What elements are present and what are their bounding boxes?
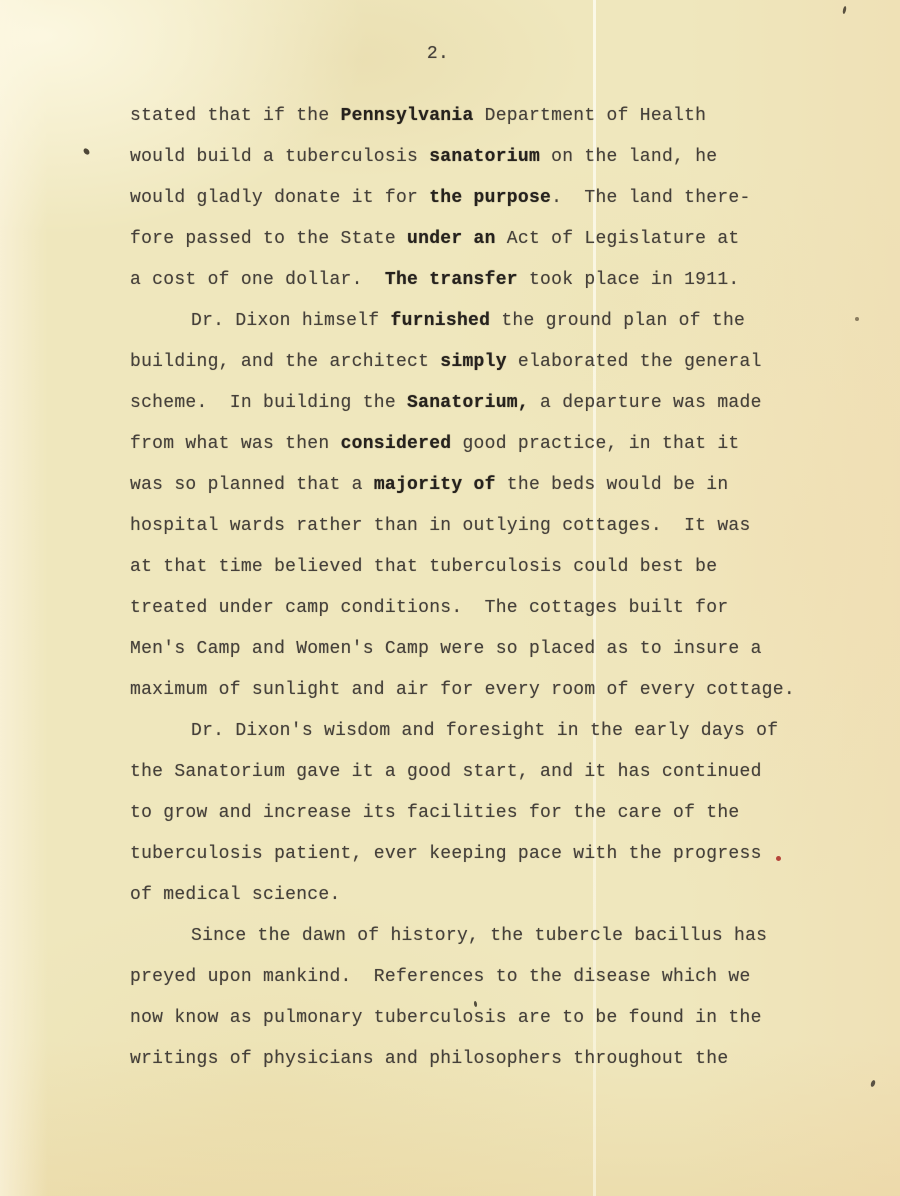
typewritten-text: treated under camp conditions. The cotta… (130, 598, 728, 618)
typewritten-text: good practice, in that it (451, 434, 739, 454)
text-line: was so planned that a majority of the be… (130, 465, 850, 506)
typewritten-text: would build a tuberculosis (130, 147, 429, 167)
text-line: scheme. In building the Sanatorium, a de… (130, 383, 850, 424)
text-line: preyed upon mankind. References to the d… (130, 957, 850, 998)
paragraph: Since the dawn of history, the tubercle … (130, 916, 850, 1080)
overstruck-text: furnished (390, 311, 490, 331)
text-line: a cost of one dollar. The transfer took … (130, 260, 850, 301)
text-line: Dr. Dixon himself furnished the ground p… (130, 301, 850, 342)
overstruck-text: sanatorium (429, 147, 540, 167)
typewritten-text: at that time believed that tuberculosis … (130, 557, 717, 577)
page-number: 2. (0, 44, 876, 64)
overstruck-text: The transfer (385, 270, 518, 290)
text-line: of medical science. (130, 875, 850, 916)
typewritten-text: elaborated the general (507, 352, 762, 372)
overstruck-text: considered (341, 434, 452, 454)
typewritten-text: on the land, he (540, 147, 717, 167)
text-line: hospital wards rather than in outlying c… (130, 506, 850, 547)
ink-speck (842, 6, 847, 14)
ink-speck (855, 317, 859, 321)
typewritten-text: Dr. Dixon's wisdom and foresight in the … (191, 721, 778, 741)
typewritten-text: the Sanatorium gave it a good start, and… (130, 762, 762, 782)
typewritten-text: Dr. Dixon himself (191, 311, 390, 331)
text-line: now know as pulmonary tuberculosis are t… (130, 998, 850, 1039)
text-line: maximum of sunlight and air for every ro… (130, 670, 850, 711)
ink-speck (82, 147, 90, 156)
overstruck-text: Pennsylvania (341, 106, 474, 126)
text-line: Men's Camp and Women's Camp were so plac… (130, 629, 850, 670)
typewritten-text: Act of Legislature at (496, 229, 740, 249)
typewritten-text: would gladly donate it for (130, 188, 429, 208)
typewritten-text: tuberculosis patient, ever keeping pace … (130, 844, 762, 864)
ink-speck (870, 1080, 876, 1088)
typewritten-text: building, and the architect (130, 352, 440, 372)
body-text: stated that if the Pennsylvania Departme… (130, 96, 850, 1080)
typewritten-text: fore passed to the State (130, 229, 407, 249)
text-line: the Sanatorium gave it a good start, and… (130, 752, 850, 793)
overstruck-text: Sanatorium, (407, 393, 529, 413)
typewritten-text: a departure was made (529, 393, 762, 413)
typewritten-text: . The land there- (551, 188, 750, 208)
overstruck-text: under an (407, 229, 496, 249)
typewritten-text: writings of physicians and philosophers … (130, 1049, 728, 1069)
overstruck-text: the purpose (429, 188, 551, 208)
overstruck-text: majority of (374, 475, 496, 495)
text-line: to grow and increase its facilities for … (130, 793, 850, 834)
text-line: fore passed to the State under an Act of… (130, 219, 850, 260)
typewritten-text: preyed upon mankind. References to the d… (130, 967, 751, 987)
typewritten-text: Since the dawn of history, the tubercle … (191, 926, 767, 946)
typewritten-text: stated that if the (130, 106, 341, 126)
text-line: Since the dawn of history, the tubercle … (130, 916, 850, 957)
text-line: would gladly donate it for the purpose. … (130, 178, 850, 219)
typewritten-text: of medical science. (130, 885, 341, 905)
text-line: Dr. Dixon's wisdom and foresight in the … (130, 711, 850, 752)
typewritten-text: Department of Health (474, 106, 707, 126)
typewritten-text: scheme. In building the (130, 393, 407, 413)
scanned-document-page: { "page_header": { "page_number": "2." }… (0, 0, 900, 1196)
typewritten-text: the beds would be in (496, 475, 729, 495)
text-line: writings of physicians and philosophers … (130, 1039, 850, 1080)
typewritten-text: a cost of one dollar. (130, 270, 385, 290)
typewritten-text: to grow and increase its facilities for … (130, 803, 740, 823)
overstruck-text: simply (440, 352, 507, 372)
typewritten-text: took place in 1911. (518, 270, 740, 290)
text-line: treated under camp conditions. The cotta… (130, 588, 850, 629)
typewritten-text: maximum of sunlight and air for every ro… (130, 680, 795, 700)
paragraph: Dr. Dixon himself furnished the ground p… (130, 301, 850, 711)
typewritten-text: Men's Camp and Women's Camp were so plac… (130, 639, 762, 659)
text-line: stated that if the Pennsylvania Departme… (130, 96, 850, 137)
text-line: from what was then considered good pract… (130, 424, 850, 465)
typewritten-text: from what was then (130, 434, 341, 454)
text-line: would build a tuberculosis sanatorium on… (130, 137, 850, 178)
typewritten-text: was so planned that a (130, 475, 374, 495)
typewritten-text: hospital wards rather than in outlying c… (130, 516, 751, 536)
typewritten-text: the ground plan of the (490, 311, 745, 331)
typewritten-text: now know as pulmonary tuberculosis are t… (130, 1008, 762, 1028)
text-line: at that time believed that tuberculosis … (130, 547, 850, 588)
paragraph: stated that if the Pennsylvania Departme… (130, 96, 850, 301)
text-line: tuberculosis patient, ever keeping pace … (130, 834, 850, 875)
paragraph: Dr. Dixon's wisdom and foresight in the … (130, 711, 850, 916)
text-line: building, and the architect simply elabo… (130, 342, 850, 383)
